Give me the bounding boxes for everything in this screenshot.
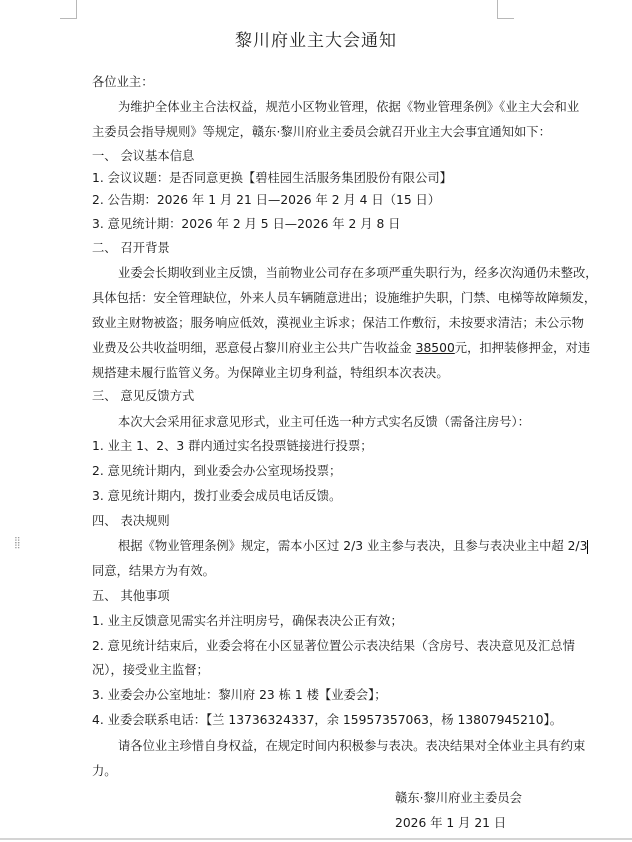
closing-line: 力。: [92, 763, 117, 779]
date: 2026 年 1 月 21 日: [395, 815, 506, 831]
paragraph-line: 业委会长期收到业主反馈，当前物业公司存在多项严重失职行为，经多次沟通仍未整改，: [118, 265, 598, 281]
section-heading: 三、 意见反馈方式: [92, 388, 194, 404]
list-item: 2. 意见统计期内，到业委会办公室现场投票；: [92, 463, 341, 479]
paragraph-line: 规搭建未履行监管义务。为保障业主切身利益，特组织本次表决。: [92, 365, 449, 381]
intro-line: 为维护全体业主合法权益，规范小区物业管理，依据《物业管理条例》《业主大会和业: [118, 99, 579, 115]
section-heading: 二、 召开背景: [92, 240, 170, 256]
margin-corner-mark: [60, 0, 77, 19]
salutation: 各位业主：: [92, 74, 154, 90]
list-item: 3. 意见统计期内，拨打业委会成员电话反馈。: [92, 488, 341, 504]
text-cursor: [587, 540, 588, 554]
paragraph-line: 同意，结果方为有效。: [92, 563, 215, 579]
section-heading: 一、 会议基本信息: [92, 148, 194, 164]
document-title: 黎川府业主大会通知: [0, 26, 632, 51]
amount-value: 38500: [416, 341, 455, 355]
list-item: 况），接受业主监督；: [92, 662, 209, 678]
paragraph-line: 致业主财物被盗；服务响应低效，漠视业主诉求；保洁工作敷衍，未按要求清洁；未公示物: [92, 315, 584, 331]
text-segment: 根据《物业管理条例》规定，需本小区过 2/3 业主参与表决，且参与表决业主中超 …: [118, 539, 587, 553]
signature: 赣东·黎川府业主委员会: [395, 790, 522, 806]
document-page[interactable]: 黎川府业主大会通知 各位业主： 为维护全体业主合法权益，规范小区物业管理，依据《…: [0, 0, 632, 840]
list-item: 2. 公告期：2026 年 1 月 21 日—2026 年 2 月 4 日（15…: [92, 192, 440, 208]
intro-line: 主委员会指导规则》等规定，赣东·黎川府业主委员会就召开业主大会事宜通知如下：: [92, 124, 551, 140]
text-segment: 业费及公共收益明细，恶意侵占黎川府业主公共广告收益金: [92, 341, 412, 355]
section-heading: 四、 表决规则: [92, 513, 170, 529]
list-item: 4. 业委会联系电话：【兰 13736324337，余 15957357063，…: [92, 712, 562, 728]
list-item: 1. 业主 1、2、3 群内通过实名投票链接进行投票；: [92, 438, 373, 454]
drag-handle-icon[interactable]: ⠿⠿: [14, 540, 22, 554]
paragraph-line: 根据《物业管理条例》规定，需本小区过 2/3 业主参与表决，且参与表决业主中超 …: [118, 538, 588, 554]
text-segment: 元，扣押装修押金，对违: [455, 341, 590, 355]
list-item: 3. 意见统计期：2026 年 2 月 5 日—2026 年 2 月 8 日: [92, 216, 400, 232]
list-item: 2. 意见统计结束后，业委会将在小区显著位置公示表决结果（含房号、表决意见及汇总…: [92, 638, 575, 654]
list-item: 1. 业主反馈意见需实名并注明房号，确保表决公正有效；: [92, 613, 403, 629]
list-item: 1. 会议议题：是否同意更换【碧桂园生活服务集团股份有限公司】: [92, 170, 452, 186]
margin-corner-mark: [497, 0, 514, 19]
paragraph-line: 本次大会采用征求意见形式，业主可任选一种方式实名反馈（需备注房号）：: [118, 414, 530, 430]
closing-line: 请各位业主珍惜自身权益，在规定时间内积极参与表决。表决结果对全体业主具有约束: [118, 738, 585, 754]
paragraph-line: 业费及公共收益明细，恶意侵占黎川府业主公共广告收益金 38500元，扣押装修押金…: [92, 340, 590, 356]
section-heading: 五、 其他事项: [92, 588, 170, 604]
list-item: 3. 业委会办公室地址：黎川府 23 栋 1 楼【业委会】；: [92, 687, 387, 703]
paragraph-line: 具体包括：安全管理缺位，外来人员车辆随意进出；设施维护失职，门禁、电梯等故障频发…: [92, 290, 596, 306]
